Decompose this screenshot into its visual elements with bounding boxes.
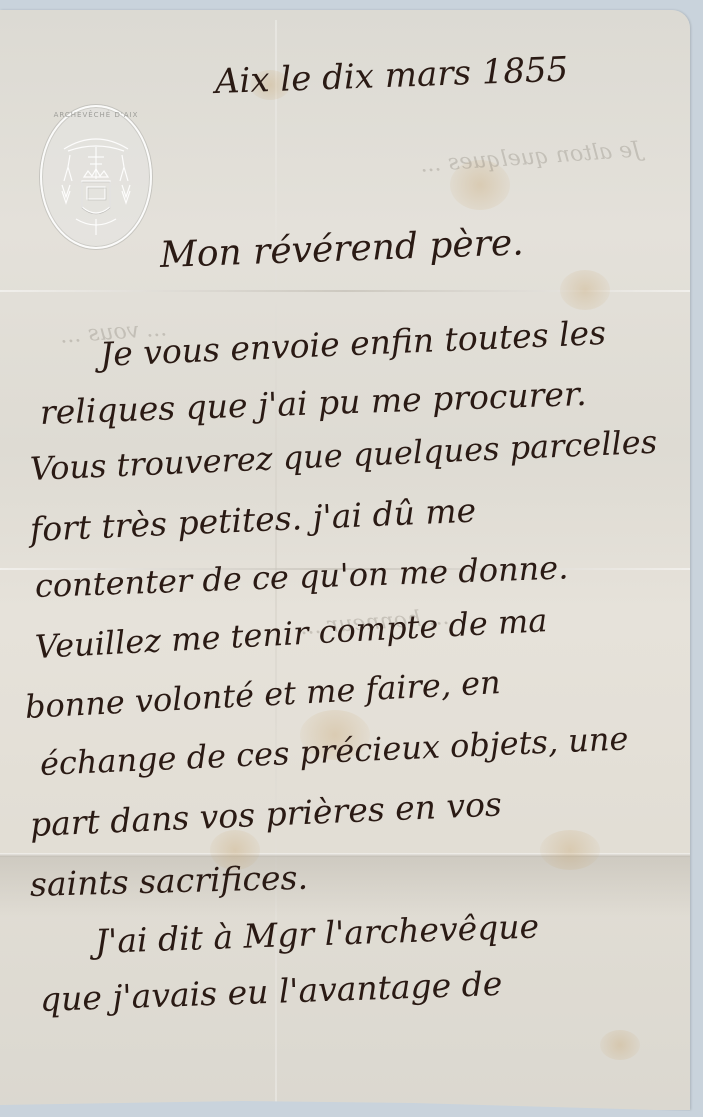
letter-sheet: Je alton quelques ... ... vous ... ... h… [0,10,690,1110]
age-stain [560,270,610,310]
age-stain [540,830,600,870]
show-through-text: Je alton quelques ... [419,137,641,177]
body-line: que j'avais eu l'avantage de [39,964,503,1019]
letter-date: Aix le dix mars 1855 [214,50,569,102]
body-line: saints sacrifices. [29,858,308,904]
letter-salutation: Mon révérend père. [159,222,524,276]
body-line: fort très petites. j'ai dû me [29,491,477,549]
embossed-seal: ARCHEVÊCHÉ D'AIX [40,105,152,249]
body-line: bonne volonté et me faire, en [24,663,502,726]
coat-of-arms-icon [42,107,150,247]
body-line: part dans vos prières en vos [29,784,502,844]
body-line: Je vous envoie enfin toutes les [99,313,607,374]
body-line: Veuillez me tenir compte de ma [34,601,548,666]
body-line: reliques que j'ai pu me procurer. [39,374,587,432]
age-stain [600,1030,640,1060]
body-line: Vous trouverez que quelques parcelles [29,423,658,488]
body-line: contenter de ce qu'on me donne. [34,548,569,605]
